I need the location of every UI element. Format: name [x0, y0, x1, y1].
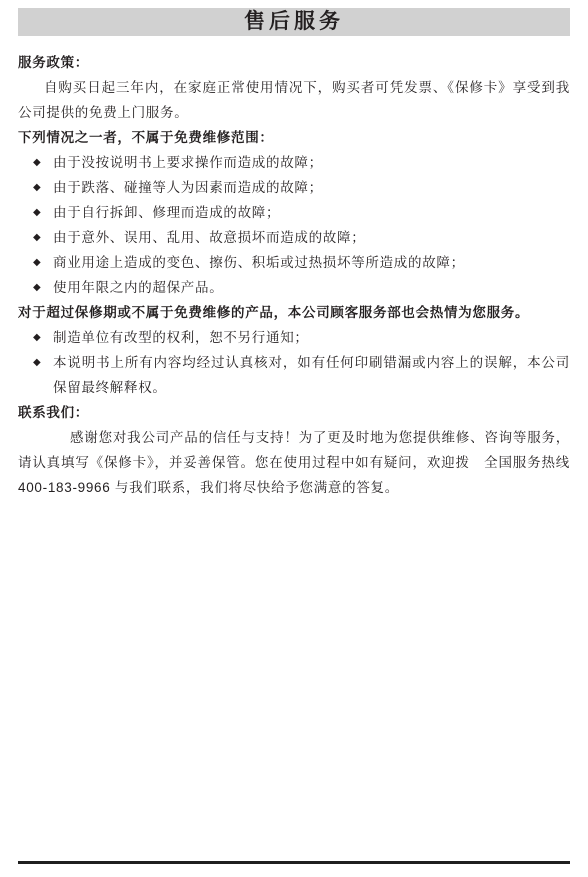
- diamond-bullet-icon: ◆: [33, 150, 53, 175]
- out-of-warranty-heading: 对于超过保修期或不属于免费维修的产品，本公司顾客服务部也会热情为您服务。: [18, 300, 570, 325]
- manual-page: 售后服务 服务政策： 自购买日起三年内，在家庭正常使用情况下，购买者可凭发票、《…: [0, 0, 588, 877]
- list-item: ◆ 由于意外、误用、乱用、故意损坏而造成的故障；: [18, 225, 570, 250]
- contact-text-before: 感谢您对我公司产品的信任与支持！为了更及时地为您提供维修、咨询等服务，请认真填写…: [18, 430, 570, 470]
- contact-text-after: 与我们联系，我们将尽快给予您满意的答复。: [110, 480, 398, 495]
- list-item-text: 制造单位有改型的权利，恕不另行通知；: [53, 325, 570, 350]
- list-item: ◆ 本说明书上所有内容均经过认真核对，如有任何印刷错漏或内容上的误解，本公司保留…: [18, 350, 570, 400]
- diamond-bullet-icon: ◆: [33, 250, 53, 275]
- list-item-text: 由于没按说明书上要求操作而造成的故障；: [53, 150, 570, 175]
- list-item-text: 由于意外、误用、乱用、故意损坏而造成的故障；: [53, 225, 570, 250]
- hotline-number: 400-183-9966: [18, 480, 110, 495]
- contact-paragraph: 感谢您对我公司产品的信任与支持！为了更及时地为您提供维修、咨询等服务，请认真填写…: [18, 425, 570, 500]
- list-item: ◆ 由于没按说明书上要求操作而造成的故障；: [18, 150, 570, 175]
- list-item: ◆ 由于自行拆卸、修理而造成的故障；: [18, 200, 570, 225]
- exclusions-list: ◆ 由于没按说明书上要求操作而造成的故障； ◆ 由于跌落、碰撞等人为因素而造成的…: [18, 150, 570, 300]
- service-policy-paragraph: 自购买日起三年内，在家庭正常使用情况下，购买者可凭发票、《保修卡》享受到我公司提…: [18, 75, 570, 125]
- diamond-bullet-icon: ◆: [33, 275, 53, 300]
- page-content: 服务政策： 自购买日起三年内，在家庭正常使用情况下，购买者可凭发票、《保修卡》享…: [18, 50, 570, 500]
- diamond-bullet-icon: ◆: [33, 175, 53, 200]
- list-item-text: 使用年限之内的超保产品。: [53, 275, 570, 300]
- list-item-text: 由于跌落、碰撞等人为因素而造成的故障；: [53, 175, 570, 200]
- list-item-text: 本说明书上所有内容均经过认真核对，如有任何印刷错漏或内容上的误解，本公司保留最终…: [53, 350, 570, 400]
- diamond-bullet-icon: ◆: [33, 200, 53, 225]
- list-item-text: 商业用途上造成的变色、擦伤、积垢或过热损坏等所造成的故障；: [53, 250, 570, 275]
- diamond-bullet-icon: ◆: [33, 350, 53, 400]
- list-item-text: 由于自行拆卸、修理而造成的故障；: [53, 200, 570, 225]
- diamond-bullet-icon: ◆: [33, 225, 53, 250]
- exclusions-heading: 下列情况之一者，不属于免费维修范围：: [18, 125, 570, 150]
- list-item: ◆ 商业用途上造成的变色、擦伤、积垢或过热损坏等所造成的故障；: [18, 250, 570, 275]
- page-title: 售后服务: [18, 8, 570, 36]
- diamond-bullet-icon: ◆: [33, 325, 53, 350]
- service-policy-heading: 服务政策：: [18, 50, 570, 75]
- list-item: ◆ 制造单位有改型的权利，恕不另行通知；: [18, 325, 570, 350]
- footer-rule: [18, 861, 570, 864]
- contact-heading: 联系我们：: [18, 400, 570, 425]
- notices-list: ◆ 制造单位有改型的权利，恕不另行通知； ◆ 本说明书上所有内容均经过认真核对，…: [18, 325, 570, 400]
- list-item: ◆ 使用年限之内的超保产品。: [18, 275, 570, 300]
- list-item: ◆ 由于跌落、碰撞等人为因素而造成的故障；: [18, 175, 570, 200]
